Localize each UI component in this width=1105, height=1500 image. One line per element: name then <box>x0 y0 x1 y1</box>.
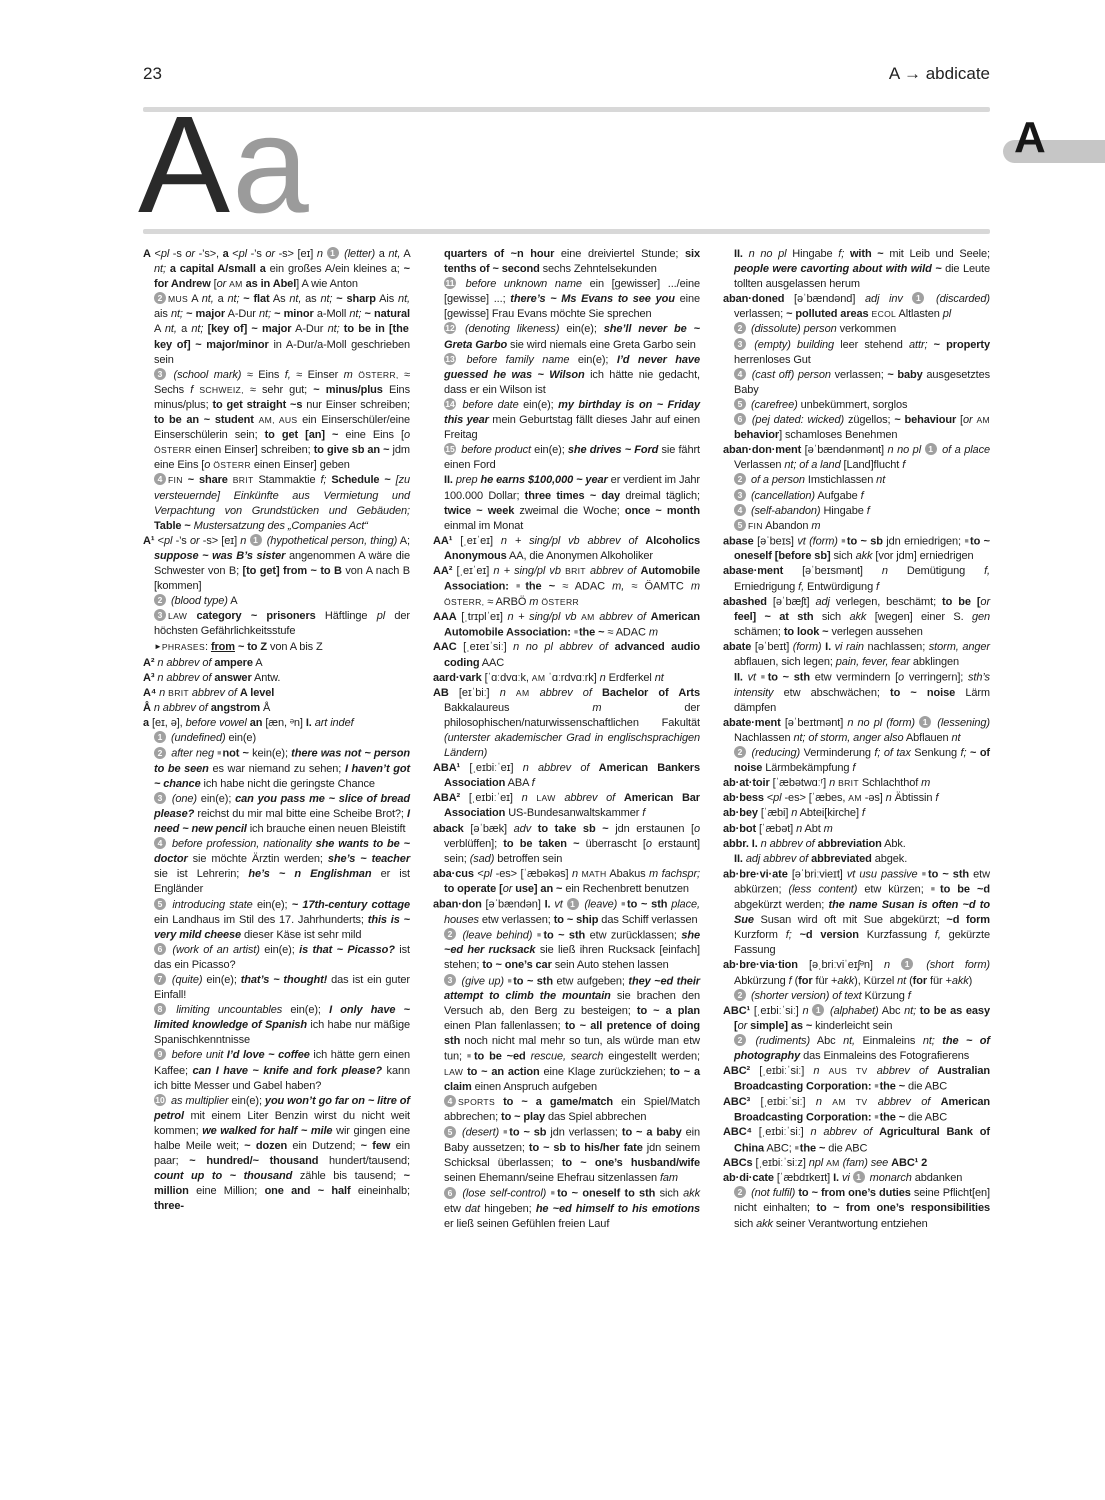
dictionary-entry-block: II. adj abbrev of abbreviated abgek. <box>723 852 990 867</box>
dictionary-entry-block: ABA¹ [ˌeɪbiːˈeɪ] n abbrev of American Ba… <box>433 761 700 791</box>
dictionary-entry-block: 6 (pej dated: wicked) zügellos; ~ behavi… <box>723 413 990 443</box>
dictionary-entry-block: abase·ment [əˈbeɪsmənt] n Demütigung f, … <box>723 564 990 594</box>
dictionary-entry-block: 3 (give up) ■to ~ sth etw aufgeben; they… <box>433 974 700 1096</box>
dictionary-entry-block: aard·vark [ˈɑːdvɑːk, Am ˈɑːrdvɑːrk] n Er… <box>433 671 700 686</box>
dictionary-entry-block: II. vt ■to ~ sth etw vermindern [o verri… <box>723 670 990 716</box>
dictionary-entry-block: A⁴ n Brit abbrev of A level <box>143 686 410 701</box>
guide-words: A → abdicate <box>889 64 990 84</box>
dictionary-entry-block: 2 (not fulfil) to ~ from one’s duties se… <box>723 1186 990 1231</box>
dictionary-entry-block: AAC [ˌeɪeɪˈsiː] n no pl abbrev of advanc… <box>433 640 700 670</box>
dictionary-entry-block: 5 (carefree) unbekümmert, sorglos <box>723 398 990 413</box>
dictionary-entry-block: II. n no pl Hingabe f; with ~ mit Leib u… <box>723 247 990 292</box>
dictionary-entry-block: a [eɪ, ə], before vowel an [æn, ᵊn] I. a… <box>143 716 410 731</box>
section-letter-capital: A <box>138 88 232 242</box>
dictionary-entry-block: abate [əˈbeɪt] (form) I. vi rain nachlas… <box>723 640 990 670</box>
dictionary-entry-block: abashed [əˈbæʃt] adj verlegen, beschämt;… <box>723 595 990 640</box>
dictionary-entry-block: aban·don·ment [əˈbændənmənt] n no pl 1 o… <box>723 443 990 473</box>
dictionary-entry-block: quarters of ~n hour eine dreiviertel Stu… <box>433 247 700 277</box>
dictionary-entry-block: ►phrases: from ~ to Z von A bis Z <box>143 639 410 655</box>
section-letter-lowercase: a <box>232 88 311 242</box>
page-number: 23 <box>143 64 162 84</box>
dictionary-entry-block: 1 (undefined) ein(e) <box>143 731 410 746</box>
dictionary-entry-block: 5fin Abandon m <box>723 519 990 534</box>
dictionary-entry-block: ABC³ [ˌeɪbiːˈsiː] n Am tv abbrev of Amer… <box>723 1095 990 1126</box>
dictionary-entry-block: 4 before profession, nationality she wan… <box>143 837 410 897</box>
dictionary-entry-block: 7 (quite) ein(e); that’s ~ thought! das … <box>143 973 410 1003</box>
dictionary-entry-block: 8 limiting uncountables ein(e); I only h… <box>143 1003 410 1048</box>
dictionary-entry-block: 3 (empty) building leer stehend attr; ~ … <box>723 338 990 368</box>
page-header: 23 A → abdicate <box>143 64 990 84</box>
dictionary-entry-block: AA² [ˌeɪˈeɪ] n + sing/pl vb Brit abbrev … <box>433 564 700 610</box>
dictionary-entry-block: ABCs [ˌeɪbiːˈsiːz] npl Am (fam) see ABC¹… <box>723 1156 990 1171</box>
dictionary-entry-block: 2 (dissolute) person verkommen <box>723 322 990 337</box>
dictionary-column-3: II. n no pl Hingabe f; with ~ mit Leib u… <box>723 247 990 1232</box>
dictionary-entry-block: 5 introducing state ein(e); ~ 17th-centu… <box>143 898 410 943</box>
dictionary-entry-block: ab·di·cate [ˈæbdɪkeɪt] I. vi 1 monarch a… <box>723 1171 990 1186</box>
dictionary-entry-block: ABA² [ˌeɪbiːˈeɪ] n law abbrev of America… <box>433 791 700 821</box>
dictionary-entry-block: ABC² [ˌeɪbiːˈsiː] n Aus tv abbrev of Aus… <box>723 1064 990 1095</box>
dictionary-entry-block: ab·bey [ˈæbi] n Abtei[kirche] f <box>723 806 990 821</box>
dictionary-entry-block: 10 as multiplier ein(e); you won’t go fa… <box>143 1094 410 1215</box>
dictionary-entry-block: AAA [ˌtrɪplˈeɪ] n + sing/pl vb Am abbrev… <box>433 610 700 641</box>
dictionary-entry-block: abase [əˈbeɪs] vt (form) ■to ~ sb jdn er… <box>723 534 990 565</box>
dictionary-entry-block: 2 (blood type) A <box>143 594 410 609</box>
dictionary-entry-block: II. prep he earns $100,000 ~ year er ver… <box>433 473 700 533</box>
dictionary-entry-block: 3 (one) ein(e); can you pass me ~ slice … <box>143 792 410 837</box>
dictionary-entry-block: ab·at·toir [ˈæbətwɑːʳ] n Brit Schlachtho… <box>723 776 990 791</box>
dictionary-entry-block: Å n abbrev of angstrom Å <box>143 701 410 716</box>
dictionary-entry-block: 2 (leave behind) ■to ~ sth etw zurücklas… <box>433 928 700 974</box>
dictionary-entry-block: abate·ment [əˈbeɪtmənt] n no pl (form) 1… <box>723 716 990 746</box>
dictionary-entry-block: 4sports to ~ a game/match ein Spiel/Matc… <box>433 1095 700 1125</box>
dictionary-entry-block: ab·bre·vi·ate [əˈbriːvieɪt] vt usu passi… <box>723 867 990 959</box>
dictionary-entry-block: 6 (lose self-control) ■to ~ oneself to s… <box>433 1186 700 1232</box>
dictionary-entry-block: A <pl -s or -’s>, a <pl -’s or -s> [eɪ] … <box>143 247 410 292</box>
dictionary-entry-block: aba·cus <pl -es> [ˈæbəkəs] n math Abakus… <box>433 867 700 897</box>
dictionary-entry-block: 12 (denoting likeness) ein(e); she’ll ne… <box>433 322 700 352</box>
dictionary-entry-block: 6 (work of an artist) ein(e); is that ~ … <box>143 943 410 973</box>
dictionary-entry-block: A² n abbrev of ampere A <box>143 656 410 671</box>
dictionary-entry-block: ab·bre·via·tion [əˌbriːviˈeɪʃᵊn] n 1 (sh… <box>723 958 990 988</box>
dictionary-entry-block: ABC¹ [ˌeɪbiːˈsiː] n 1 (alphabet) Abc nt;… <box>723 1004 990 1034</box>
dictionary-entry-block: 3 (cancellation) Aufgabe f <box>723 489 990 504</box>
dictionary-entry-block: aban·don [əˈbændən] I. vt 1 (leave) ■to … <box>433 897 700 928</box>
dictionary-entry-block: abbr. I. n abbrev of abbreviation Abk. <box>723 837 990 852</box>
dictionary-entry-block: 4 (self-abandon) Hingabe f <box>723 504 990 519</box>
section-letter-display: Aa <box>138 96 311 234</box>
dictionary-entry-block: 3law category ~ prisoners Häftlinge pl d… <box>143 609 410 639</box>
dictionary-entry-block: 2 (reducing) Verminderung f; of tax Senk… <box>723 746 990 776</box>
dictionary-entry-block: 2 (shorter version) of text Kürzung f <box>723 989 990 1004</box>
dictionary-entry-block: 9 before unit I’d love ~ coffee ich hätt… <box>143 1048 410 1093</box>
dictionary-entry-block: 15 before product ein(e); she drives ~ F… <box>433 443 700 473</box>
dictionary-entry-block: ab·bess <pl -es> [ˈæbes, Am -əs] n Äbtis… <box>723 791 990 806</box>
dictionary-entry-block: 4 (cast off) person verlassen; ~ baby au… <box>723 368 990 398</box>
dictionary-entry-block: 2 of a person Imstichlassen nt <box>723 473 990 488</box>
dictionary-entry-block: aban·doned [əˈbændənd] adj inv 1 (discar… <box>723 292 990 322</box>
dictionary-page: 23 A → abdicate Aa A A <pl -s or -’s>, a… <box>0 0 1105 1500</box>
dictionary-entry-block: AB [eɪˈbiː] n Am abbrev of Bachelor of A… <box>433 686 700 761</box>
dictionary-column-1: A <pl -s or -’s>, a <pl -’s or -s> [eɪ] … <box>143 247 410 1232</box>
dictionary-entry-block: 14 before date ein(e); my birthday is on… <box>433 398 700 443</box>
dictionary-entry-block: ABC⁴ [ˌeɪbiːˈsiː] n abbrev of Agricultur… <box>723 1125 990 1156</box>
dictionary-entry-block: 2 after neg ■not ~ kein(e); there was no… <box>143 746 410 792</box>
dictionary-entry-block: 4fin ~ share Brit Stammaktie f; Schedule… <box>143 473 410 533</box>
dictionary-entry-block: A³ n abbrev of answer Antw. <box>143 671 410 686</box>
dictionary-entry-block: 2mus A nt, a nt; ~ flat As nt, as nt; ~ … <box>143 292 410 367</box>
dictionary-entry-block: A¹ <pl -’s or -s> [eɪ] n 1 (hypothetical… <box>143 534 410 594</box>
dictionary-entry-block: ab·bot [ˈæbət] n Abt m <box>723 822 990 837</box>
dictionary-entry-block: 2 (rudiments) Abc nt, Einmaleins nt; the… <box>723 1034 990 1064</box>
dictionary-columns: A <pl -s or -’s>, a <pl -’s or -s> [eɪ] … <box>143 247 990 1232</box>
dictionary-entry-block: 11 before unknown name ein [gewisser] ..… <box>433 277 700 322</box>
header-divider-rule <box>143 229 990 234</box>
dictionary-entry-block: 3 (school mark) ≈ Eins f, ≈ Einser m öst… <box>143 368 410 474</box>
thumb-index-letter: A <box>1014 116 1046 160</box>
dictionary-entry-block: 5 (desert) ■to ~ sb jdn verlassen; to ~ … <box>433 1125 700 1186</box>
dictionary-entry-block: 13 before family name ein(e); I’d never … <box>433 353 700 398</box>
dictionary-entry-block: aback [əˈbæk] adv to take sb ~ jdn ersta… <box>433 822 700 867</box>
dictionary-column-2: quarters of ~n hour eine dreiviertel Stu… <box>433 247 700 1232</box>
dictionary-entry-block: AA¹ [ˌeɪˈeɪ] n + sing/pl vb abbrev of Al… <box>433 534 700 564</box>
